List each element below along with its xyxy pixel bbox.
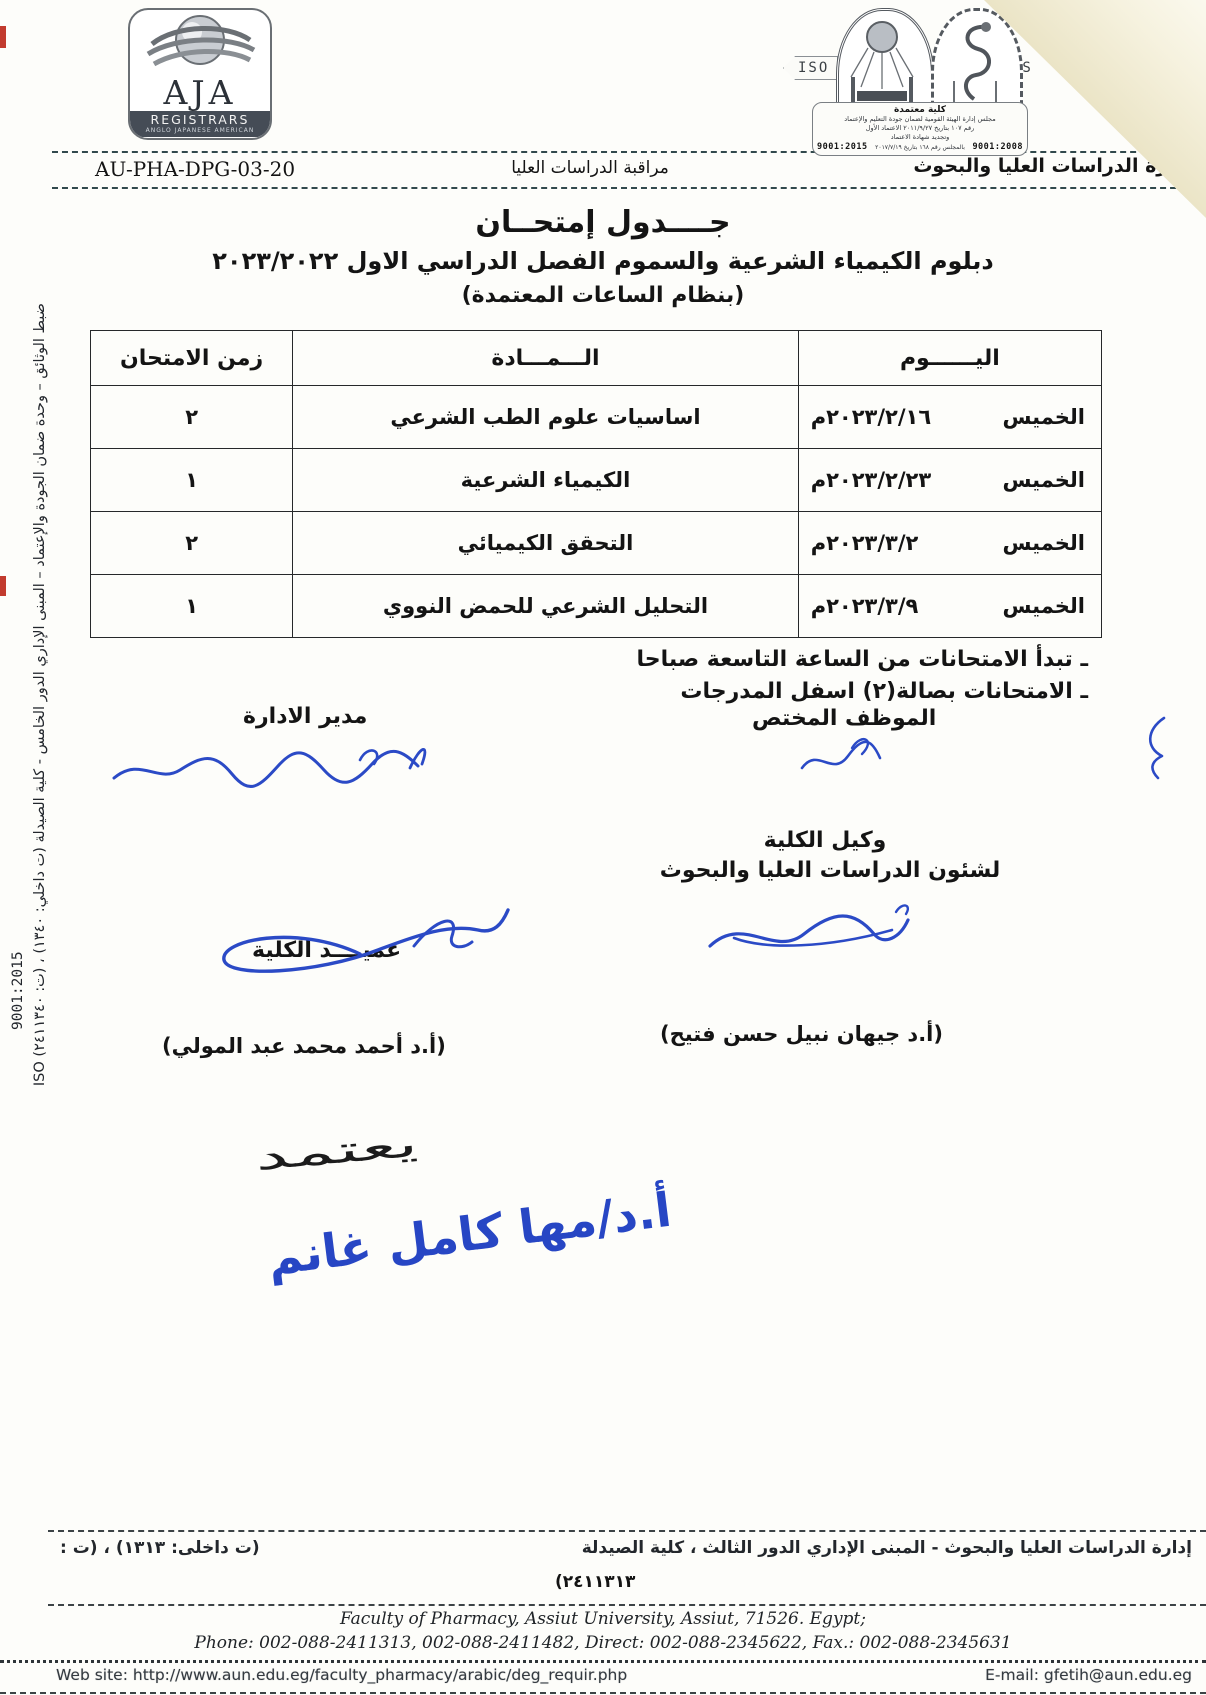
document-code: AU-PHA-DPG-03-20 (95, 157, 295, 181)
subject-name: التحقق الكيميائي (293, 512, 799, 575)
footer-faculty-address: Faculty of Pharmacy, Assiut University, … (0, 1609, 1206, 1629)
margin-pen-mark (1138, 712, 1178, 782)
diploma-subtitle: دبلوم الكيمياء الشرعية والسموم الفصل الد… (0, 247, 1206, 275)
vice-dean-name: (أ.د جيهان نبيل حسن فتيح) (660, 1022, 943, 1046)
document-page: AJA REGISTRARS ANGLO JAPANESE AMERICAN I… (0, 0, 1206, 1695)
accreditation-line: رقم ١٠٧ بتاريخ ٢٠١١/٩/٢٧ الاعتماد الأول (817, 124, 1023, 133)
header-rule-bottom (52, 187, 1206, 189)
accreditation-line: بالمجلس رقم ١٦٨ بتاريخ ٢٠١٧/٧/١٩ (875, 144, 965, 151)
table-row: الخميس ٢٠٢٣/٢/١٦م اساسيات علوم الطب الشر… (91, 386, 1102, 449)
exam-schedule-table: اليــــــوم الـــمـــادة زمن الامتحان ال… (90, 330, 1102, 638)
approver-signature-name: أ.د/مها كامل غانم (265, 1183, 675, 1287)
exam-date: ٢٠٢٣/٢/٢٣م (811, 468, 931, 492)
aja-logo-name: AJA (130, 76, 270, 109)
exam-schedule-title: جــــدول إمتحــان (0, 205, 1206, 240)
day-name: الخميس (1002, 594, 1085, 618)
subject-name: اساسيات علوم الطب الشرعي (293, 386, 799, 449)
table-row: الخميس ٢٠٢٣/٣/٢م التحقق الكيميائي ٢ (91, 512, 1102, 575)
subject-name: الكيمياء الشرعية (293, 449, 799, 512)
col-header-day: اليــــــوم (798, 331, 1101, 386)
vice-dean-title: وكيل الكلية (735, 828, 915, 853)
accreditation-line: كلية معتمدة (817, 105, 1023, 115)
accreditation-banner: كلية معتمدة مجلس إدارة الهيئة القومية لض… (812, 102, 1028, 156)
approved-handwriting: يعتمد (253, 1124, 420, 1179)
aja-registrars-label: REGISTRARS (130, 113, 270, 127)
footer-department-address: إدارة الدراسات العليا والبحوث - المبنى ا… (582, 1538, 1192, 1558)
footer-rule (48, 1530, 1206, 1532)
vice-dean-subtitle: لشئون الدراسات العليا والبحوث (640, 858, 1020, 883)
day-name: الخميس (1002, 468, 1085, 492)
col-header-duration: زمن الامتحان (91, 331, 293, 386)
credit-hours-note: (بنظام الساعات المعتمدة) (0, 283, 1206, 308)
note-start-time: ـ تبدأ الامتحانات من الساعة التاسعة صباح… (636, 644, 1088, 676)
subject-name: التحليل الشرعي للحمض النووي (293, 575, 799, 638)
exam-duration: ١ (91, 449, 293, 512)
footer-arabic-row: إدارة الدراسات العليا والبحوث - المبنى ا… (60, 1538, 1192, 1558)
exam-date: ٢٠٢٣/٢/١٦م (811, 405, 931, 429)
footer-internal-phone: (ت داخلى: ١٣١٣) ، (ت : (60, 1538, 260, 1558)
day-name: الخميس (1002, 531, 1085, 555)
scan-artifact (0, 26, 6, 48)
director-signature (108, 738, 444, 800)
scan-artifact (0, 576, 6, 596)
footer-email: E-mail: gfetih@aun.edu.eg (985, 1666, 1192, 1684)
header-rule-top (52, 151, 1206, 153)
exam-date: ٢٠٢٣/٣/٩م (811, 594, 919, 618)
exam-date: ٢٠٢٣/٣/٢م (811, 531, 919, 555)
table-header-row: اليــــــوم الـــمـــادة زمن الامتحان (91, 331, 1102, 386)
globe-icon (132, 10, 268, 74)
footer-phone-line: Phone: 002-088-2411313, 002-088-2411482,… (0, 1633, 1206, 1653)
header-center-label: مراقبة الدراسات العليا (440, 158, 740, 178)
table-row: الخميس ٢٠٢٣/٣/٩م التحليل الشرعي للحمض ال… (91, 575, 1102, 638)
footer-phone-number: (٢٤١١٣١٣ (555, 1572, 635, 1592)
iso-9001-2008: 9001:2008 (972, 142, 1023, 152)
footer-rule (0, 1660, 1206, 1663)
aja-registrars-logo: AJA REGISTRARS ANGLO JAPANESE AMERICAN (128, 8, 272, 140)
aja-logo-band: REGISTRARS ANGLO JAPANESE AMERICAN (130, 111, 270, 137)
exam-duration: ٢ (91, 512, 293, 575)
col-header-subject: الـــمـــادة (293, 331, 799, 386)
footer-links-row: Web site: http://www.aun.edu.eg/faculty_… (56, 1666, 1192, 1684)
accreditation-line: وتجديد شهادة الاعتماد (817, 133, 1023, 142)
dean-signature (200, 898, 536, 994)
dean-name: (أ.د أحمد محمد عبد المولي) (162, 1034, 446, 1058)
employee-signature (790, 726, 900, 786)
exam-notes: ـ تبدأ الامتحانات من الساعة التاسعة صباح… (636, 644, 1088, 708)
vice-dean-signature (700, 892, 930, 972)
sidebar-quality-text: ضبط الوثائق – وحدة ضمان الجودة والإعتماد… (32, 303, 48, 1208)
aja-tagline: ANGLO JAPANESE AMERICAN (130, 127, 270, 134)
exam-duration: ١ (91, 575, 293, 638)
note-hall-location: ـ الامتحانات بصالة(٢) اسفل المدرجات (636, 676, 1088, 708)
iso-9001-2015: 9001:2015 (817, 142, 868, 152)
footer-website: Web site: http://www.aun.edu.eg/faculty_… (56, 1666, 627, 1684)
day-name: الخميس (1002, 405, 1085, 429)
director-title: مدير الادارة (243, 704, 367, 729)
sidebar-iso-number: 9001:2015 (10, 780, 26, 1030)
footer-rule (48, 1604, 1206, 1606)
iso-left-ribbon: ISO (783, 56, 838, 80)
accreditation-line: مجلس إدارة الهيئة القومية لضمان جودة الت… (817, 115, 1023, 124)
footer-rule (0, 1692, 1206, 1694)
exam-duration: ٢ (91, 386, 293, 449)
table-row: الخميس ٢٠٢٣/٢/٢٣م الكيمياء الشرعية ١ (91, 449, 1102, 512)
